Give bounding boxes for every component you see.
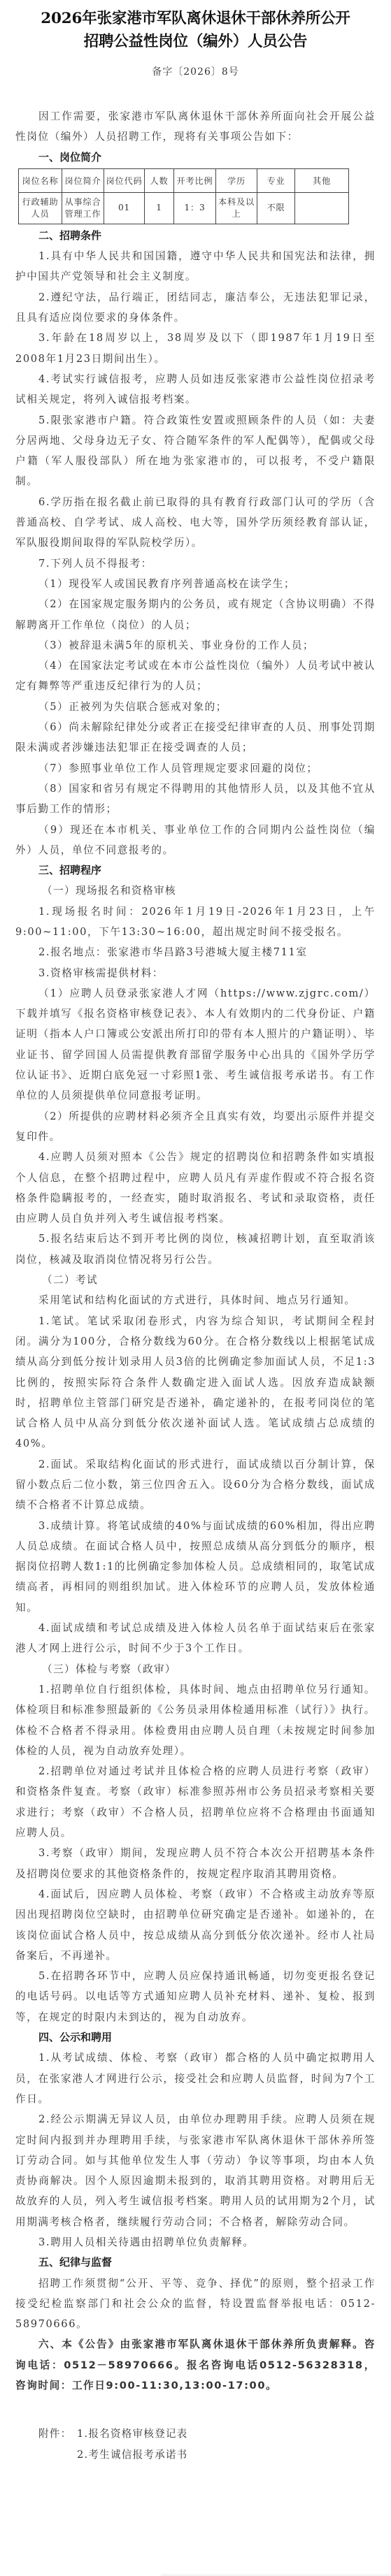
table-header-cell: 其他 bbox=[295, 168, 349, 192]
exam-item: 采用笔试和结构化面试的方式进行，具体时间、地点另行通知。 bbox=[15, 1290, 376, 1310]
table-header-cell: 学历 bbox=[216, 168, 257, 192]
table-header-cell: 开考比例 bbox=[174, 168, 216, 192]
requirement-item: 7.下列人员不得报考： bbox=[15, 553, 376, 574]
requirement-item: 6.学历指在报名截止前已取得的具有教育行政部门认可的学历（含普通高校、自学考试、… bbox=[15, 492, 376, 553]
position-code: 01 bbox=[104, 192, 145, 224]
registration-item: （1）应聘人员登录张家港人才网（https://www.zjgrc.com/）下… bbox=[15, 983, 376, 1106]
medical-review-item: 4.面试后，因应聘人员体检、考察（政审）不合格或主动放弃等原因出现招聘岗位空缺时… bbox=[15, 1884, 376, 1966]
registration-item: 5.报名结束后达不到开考比例的岗位，核减招聘计划，直至取消该岗位，核减及取消岗位… bbox=[15, 1229, 376, 1270]
attachment-row: 2.考生诚信报考承诺书 bbox=[15, 2445, 376, 2465]
medical-review-item: 1.招聘单位自行组织体检，具体时间、地点由招聘单位另行通知。体检项目和标准参照最… bbox=[15, 1679, 376, 1761]
registration-item: 1.现场报名时间：2026年1月19日-2026年1月23日，上午9:00~11… bbox=[15, 902, 376, 943]
requirement-item: 1.具有中华人民共和国国籍，遵守中华人民共和国宪法和法律，拥护中国共产党领导和社… bbox=[15, 246, 376, 287]
section-heading-requirements: 二、招聘条件 bbox=[15, 226, 376, 246]
table-header-cell: 专业 bbox=[257, 168, 295, 192]
hiring-item: 2.经公示期满无异议人员，由单位办理聘用手续。应聘人员须在规定时间内报到并办理聘… bbox=[15, 2109, 376, 2232]
registration-item: 2.报名地点：张家港市华昌路3号港城大厦主楼711室 bbox=[15, 942, 376, 962]
requirement-item: 2.遵纪守法，品行端正，团结同志，廉洁奉公，无违法犯罪记录，且具有适应岗位要求的… bbox=[15, 287, 376, 328]
announcement-document: 2026年张家港市军队离休退休干部休养所公开 招聘公益性岗位（编外）人员公告 备… bbox=[0, 0, 391, 2465]
interpretation-contact-paragraph: 六、本《公告》由张家港市军队离休退休干部休养所负责解释。咨询电话：0512－58… bbox=[15, 2334, 376, 2396]
intro-paragraph: 因工作需要，张家港市军队离休退休干部休养所面向社会开展公益性岗位（编外）人员招聘… bbox=[15, 106, 376, 147]
exam-ratio: 1：3 bbox=[174, 192, 216, 224]
position-count: 1 bbox=[145, 192, 174, 224]
excluded-item: （2）在国家规定服务期内的公务员，或有规定（含协议明确）不得解聘离开工作单位（岗… bbox=[15, 594, 376, 635]
section-heading-positions: 一、岗位简介 bbox=[15, 147, 376, 168]
section-heading-procedure: 三、招聘程序 bbox=[15, 860, 376, 881]
subsection-heading-exam: （二）考试 bbox=[15, 1270, 376, 1290]
registration-item: 4.应聘人员须对照本《公告》规定的招聘岗位和招聘条件如实填报个人信息，在整个招聘… bbox=[15, 1147, 376, 1229]
table-header-cell: 人数 bbox=[145, 168, 174, 192]
excluded-item: （7）参照事业单位工作人员管理规定要求回避的岗位； bbox=[15, 758, 376, 779]
subsection-heading-medical-review: （三）体检与考察（政审） bbox=[15, 1659, 376, 1679]
discipline-paragraph: 招聘工作须贯彻“公开、平等、竞争、择优”的原则，整个招录工作接受纪检监察部门和社… bbox=[15, 2273, 376, 2335]
excluded-item: （4）在国家法定考试或在本市公益性岗位（编外）人员考试中被认定有舞弊等严重违反纪… bbox=[15, 656, 376, 697]
requirement-item: 5.限张家港市户籍。符合政策性安置或照顾条件的人员（如：夫妻分居两地、父母身边无… bbox=[15, 410, 376, 492]
table-header-row: 岗位名称 岗位简介 岗位代码 人数 开考比例 学历 专业 其他 bbox=[19, 168, 349, 192]
attachment-item[interactable]: 2.考生诚信报考承诺书 bbox=[77, 2445, 187, 2465]
excluded-item: （3）被辞退未满5年的原机关、事业身份的工作人员； bbox=[15, 635, 376, 656]
exam-item: 2.面试。采取结构化面试的形式进行，面试成绩以百分制计算，保留小数点后二位小数，… bbox=[15, 1454, 376, 1516]
position-description: 从事综合管理工作 bbox=[62, 192, 104, 224]
excluded-item: （8）国家和省另有规定不得聘用的其他情形人员，以及其他不宜从事后勤工作的情形； bbox=[15, 779, 376, 820]
medical-review-item: 5.在招聘各环节中，应聘人员应保持通讯畅通，切勿变更报名登记的电话号码。以电话等… bbox=[15, 1966, 376, 2027]
excluded-item: （9）现还在本市机关、事业单位工作的合同期内公益性岗位（编外）人员，单位不同意报… bbox=[15, 820, 376, 861]
page-edge-shadow bbox=[161, 2573, 391, 2576]
section-heading-publicity-hiring: 四、公示和聘用 bbox=[15, 2027, 376, 2048]
excluded-item: （1）现役军人或国民教育序列普通高校在读学生； bbox=[15, 574, 376, 594]
exam-item: 4.面试成绩和考试总成绩及进入体检人员名单于面试结束后在张家港人才网上进行公示，… bbox=[15, 1618, 376, 1659]
medical-review-item: 3.考察（政审）期间，发现应聘人员不符合本次公开招聘基本条件及招聘岗位要求的其他… bbox=[15, 1843, 376, 1884]
table-header-cell: 岗位代码 bbox=[104, 168, 145, 192]
excluded-item: （5）正被列为失信联合惩戒对象的； bbox=[15, 697, 376, 717]
registration-item: 3.资格审核需提供材料： bbox=[15, 963, 376, 983]
positions-table: 岗位名称 岗位简介 岗位代码 人数 开考比例 学历 专业 其他 行政辅助人员 从… bbox=[18, 168, 349, 224]
requirement-item: 3.年龄在18周岁以上，38周岁及以下（即1987年1月19日至2008年1月2… bbox=[15, 328, 376, 369]
hiring-item: 3.聘用人员相关待遇由招聘单位负责解释。 bbox=[15, 2232, 376, 2252]
table-header-cell: 岗位简介 bbox=[62, 168, 104, 192]
subsection-heading-registration: （一）现场报名和资格审核 bbox=[15, 881, 376, 901]
hiring-item: 1.从考试成绩、体检、考察（政审）都合格的人员中确定拟聘用人员，在张家港人才网进… bbox=[15, 2048, 376, 2109]
title-line-1: 2026年张家港市军队离休退休干部休养所公开 bbox=[41, 10, 350, 27]
exam-item: 1.笔试。笔试采取闭卷形式，内容为综合知识，考试期间全程封闭。满分为100分，合… bbox=[15, 1311, 376, 1454]
attachments-label: 附件： bbox=[15, 2424, 77, 2444]
other-requirement bbox=[295, 192, 349, 224]
attachment-item[interactable]: 1.报名资格审核登记表 bbox=[77, 2424, 187, 2444]
title-line-2: 招聘公益性岗位（编外）人员公告 bbox=[84, 33, 308, 50]
education-requirement: 本科及以上 bbox=[216, 192, 257, 224]
attachment-row: 附件： 1.报名资格审核登记表 bbox=[15, 2424, 376, 2444]
major-requirement: 不限 bbox=[257, 192, 295, 224]
document-title: 2026年张家港市军队离休退休干部休养所公开 招聘公益性岗位（编外）人员公告 bbox=[15, 7, 376, 53]
table-header-cell: 岗位名称 bbox=[19, 168, 62, 192]
requirement-item: 4.考试实行诚信报考，应聘人员如违反张家港市公益性岗位招录考试相关规定，将列入诚… bbox=[15, 369, 376, 410]
exam-item: 3.成绩计算。将笔试成绩的40%与面试成绩的60%相加，得出应聘人员总成绩。在面… bbox=[15, 1516, 376, 1618]
medical-review-item: 2.招聘单位对通过考试并且体检合格的应聘人员进行考察（政审）和资格条件复查。考察… bbox=[15, 1761, 376, 1843]
attachments: 附件： 1.报名资格审核登记表 2.考生诚信报考承诺书 bbox=[15, 2424, 376, 2465]
excluded-item: （6）尚未解除纪律处分或者正在接受纪律审查的人员、刑事处罚期限未满或者涉嫌违法犯… bbox=[15, 717, 376, 758]
position-name: 行政辅助人员 bbox=[19, 192, 62, 224]
section-heading-discipline: 五、纪律与监督 bbox=[15, 2252, 376, 2273]
table-row: 行政辅助人员 从事综合管理工作 01 1 1：3 本科及以上 不限 bbox=[19, 192, 349, 224]
registration-item: （2）所提供的应聘材料必须齐全且真实有效，均要出示原件并提交复印件。 bbox=[15, 1106, 376, 1148]
document-number: 备字〔2026〕8号 bbox=[15, 64, 376, 78]
